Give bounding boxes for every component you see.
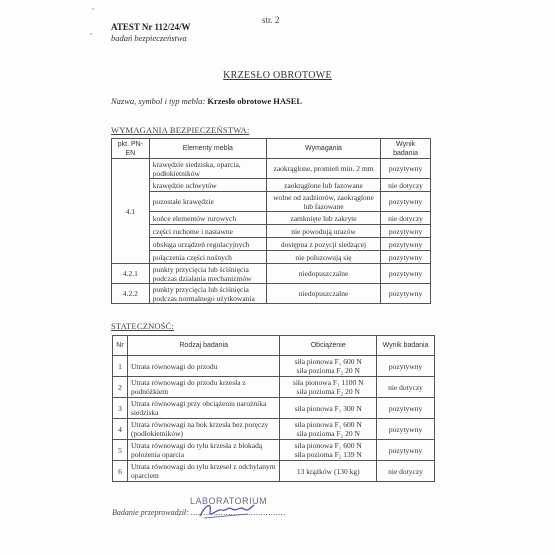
nr-cell: 5 [113, 440, 128, 461]
atest-number: ATEST Nr 112/24/W [111, 22, 191, 32]
result-cell: pozytywny [377, 440, 435, 461]
col-header-load: Obciążenie [280, 336, 377, 356]
table-row: 4Utrata równowagi na bok krzesła bez por… [113, 419, 435, 440]
requirement-cell: wolne od zadziorów, zaokrąglone lub fazo… [266, 192, 380, 212]
result-cell: nie dotyczy [381, 179, 431, 192]
safety-section-title: WYMAGANIA BEZPIECZEŃSTWA: [111, 125, 249, 135]
requirement-cell: dostępna z pozycji siedzącej [266, 238, 380, 251]
test-type-cell: Utrata równowagi do przodu [127, 356, 279, 377]
result-cell: pozytywny [377, 398, 435, 419]
result-cell: pozytywny [381, 264, 431, 284]
load-cell: siła pionowa F₁ 600 Nsiła pozioma F₂ 20 … [280, 356, 377, 377]
requirement-cell: zaokrąglone, promień min. 2 mm [266, 159, 380, 179]
result-cell: nie dotyczy [377, 461, 435, 482]
requirement-cell: niedopuszczalne [266, 264, 380, 284]
load-cell: siła pionowa F₁ 1100 Nsiła pozioma F₂ 20… [280, 377, 377, 398]
result-cell: pozytywny [381, 238, 431, 251]
element-cell: połączenia części nośnych [149, 251, 266, 264]
element-cell: obsługa urządzeń regulacyjnych [149, 238, 266, 251]
col-header-test-type: Rodzaj badania [127, 336, 279, 356]
element-cell: końce elementów rurowych [149, 212, 266, 225]
requirement-cell: niedopuszczalne [266, 284, 380, 304]
table-row: 1Utrata równowagi do przodusiła pionowa … [113, 356, 435, 377]
nr-cell: 2 [113, 377, 128, 398]
table-row: 4.2.2punkty przycięcia lub ściśnięcia po… [112, 284, 431, 304]
requirement-cell: zaokrąglone lub fazowane [266, 179, 380, 192]
furniture-name-line: Nazwa, symbol i typ mebla: Krzesło obrot… [111, 96, 302, 106]
col-header-requirements: Wymagania [266, 139, 380, 159]
stability-section-title: STATECZNOŚĆ: [111, 321, 174, 331]
element-cell: punkty przycięcia lub ściśnięcia podczas… [149, 264, 266, 284]
col-header-result: Wynik badania [377, 336, 435, 356]
col-header-nr: Nr [113, 336, 128, 356]
element-cell: części ruchome i nastawne [149, 225, 266, 238]
furniture-name-value: Krzesło obrotowe HASEL [207, 96, 302, 106]
result-cell: pozytywny [377, 356, 435, 377]
scan-artifact [92, 8, 94, 10]
pkt-cell: 4.2.2 [112, 284, 150, 304]
nr-cell: 4 [113, 419, 128, 440]
requirement-cell: nie poluzowują się [266, 251, 380, 264]
safety-requirements-table: pkt. PN-EN Elementy mebla Wymagania Wyni… [111, 138, 431, 304]
result-cell: pozytywny [381, 284, 431, 304]
table-row: 6Utrata równowagi do tyłu krzeseł z odch… [113, 461, 435, 482]
load-cell: siła pionowa F₁ 600 Nsiła pozioma F₂ 20 … [280, 419, 377, 440]
col-header-pkt: pkt. PN-EN [112, 139, 150, 159]
result-cell: pozytywny [377, 419, 435, 440]
document-title: KRZESŁO OBROTOWE [0, 70, 555, 81]
signed-by-label: Badanie przeprowadził: [112, 508, 189, 517]
table-row: pozostałe krawędziewolne od zadziorów, z… [112, 192, 431, 212]
test-type-cell: Utrata równowagi do tyłu krzesła z bloka… [127, 440, 279, 461]
page-number: str. 2 [262, 15, 280, 25]
requirement-cell: nie powodują urazów [266, 225, 380, 238]
element-cell: pozostałe krawędzie [149, 192, 266, 212]
furniture-name-label: Nazwa, symbol i typ mebla: [111, 96, 205, 106]
table-row: obsługa urządzeń regulacyjnychdostępna z… [112, 238, 431, 251]
col-header-result: Wynik badania [381, 139, 431, 159]
table-row: 2Utrata równowagi do przodu krzesła z po… [113, 377, 435, 398]
load-cell: 13 krążków (130 kg) [280, 461, 377, 482]
result-cell: pozytywny [381, 159, 431, 179]
test-type-cell: Utrata równowagi do tyłu krzeseł z odchy… [127, 461, 279, 482]
nr-cell: 6 [113, 461, 128, 482]
handwritten-signature [196, 500, 256, 522]
table-row: połączenia części nośnychnie poluzowują … [112, 251, 431, 264]
table-row: części ruchome i nastawnenie powodują ur… [112, 225, 431, 238]
element-cell: punkty przycięcia lub ściśnięcia podczas… [149, 284, 266, 304]
requirement-cell: zamknięte lub zakryte [266, 212, 380, 225]
result-cell: pozytywny [381, 192, 431, 212]
pkt-cell: 4.2.1 [112, 264, 150, 284]
test-type-cell: Utrata równowagi na bok krzesła bez porę… [127, 419, 279, 440]
atest-subtitle: badań bezpieczeństwa [111, 33, 187, 43]
test-type-cell: Utrata równowagi przy obciążeniu narożni… [127, 398, 279, 419]
stability-table: Nr Rodzaj badania Obciążenie Wynik badan… [112, 335, 435, 482]
table-row: krawędzie uchwytówzaokrąglone lub fazowa… [112, 179, 431, 192]
load-cell: siła pionowa F₁ 600 Nsiła pozioma F₂ 139… [280, 440, 377, 461]
scan-artifact [90, 33, 92, 35]
load-cell: siła pionowa F₁ 300 N [280, 398, 377, 419]
result-cell: nie dotyczy [381, 212, 431, 225]
nr-cell: 3 [113, 398, 128, 419]
element-cell: krawędzie uchwytów [149, 179, 266, 192]
table-row: 3Utrata równowagi przy obciążeniu narożn… [113, 398, 435, 419]
pkt-cell: 4.1 [112, 159, 150, 264]
result-cell: pozytywny [381, 251, 431, 264]
table-row: 4.2.1punkty przycięcia lub ściśnięcia po… [112, 264, 431, 284]
col-header-elements: Elementy mebla [149, 139, 266, 159]
table-row: 4.1krawędzie siedziska, oparcia, podłoki… [112, 159, 431, 179]
test-type-cell: Utrata równowagi do przodu krzesła z pod… [127, 377, 279, 398]
nr-cell: 1 [113, 356, 128, 377]
table-row: końce elementów rurowychzamknięte lub za… [112, 212, 431, 225]
element-cell: krawędzie siedziska, oparcia, podłokietn… [149, 159, 266, 179]
table-row: 5Utrata równowagi do tyłu krzesła z blok… [113, 440, 435, 461]
result-cell: pozytywny [381, 225, 431, 238]
result-cell: nie dotyczy [377, 377, 435, 398]
